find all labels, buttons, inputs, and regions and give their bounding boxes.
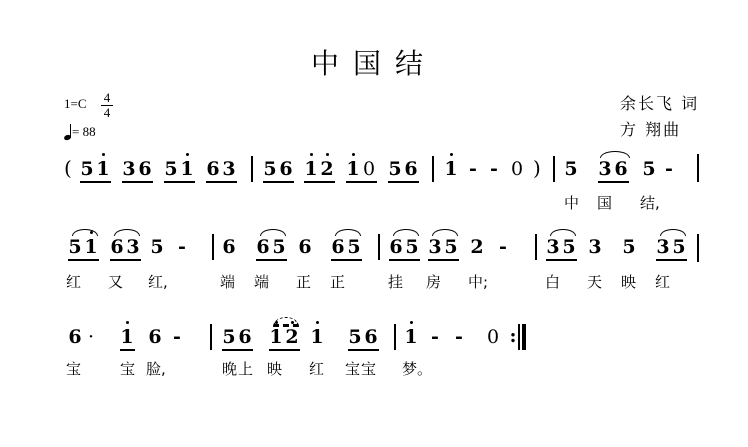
note: 5 <box>347 236 361 258</box>
note: 5 <box>444 236 458 258</box>
slur <box>660 229 686 236</box>
note: 6 <box>238 326 252 348</box>
note: 5 <box>263 158 277 180</box>
note: 5 <box>405 236 419 258</box>
underline <box>304 181 335 183</box>
note: 3 <box>598 158 612 180</box>
note: 6 <box>138 158 152 180</box>
underline <box>331 259 362 261</box>
note: 3 <box>588 236 602 258</box>
tempo-marking: = 88 <box>64 124 96 140</box>
lyricist-credit: 余长飞 词 <box>620 91 699 114</box>
underline <box>428 259 459 261</box>
lyric: 红 <box>66 271 81 292</box>
lyric: 端 <box>254 271 269 292</box>
underline <box>346 181 377 183</box>
slur <box>550 229 576 236</box>
underline <box>348 349 379 351</box>
high-octave-dot <box>126 321 129 324</box>
dash: - <box>466 158 480 180</box>
lyric: 映 <box>621 271 636 292</box>
note: 3 <box>656 236 670 258</box>
dashed-slur <box>273 317 299 327</box>
underline <box>80 181 111 183</box>
underline <box>68 259 99 261</box>
lyric: 宝宝 <box>345 358 377 379</box>
note: 5 <box>150 236 164 258</box>
note: 6 <box>148 326 162 348</box>
note: 3 <box>546 236 560 258</box>
high-octave-dot <box>326 153 329 156</box>
dash: - <box>170 326 184 348</box>
high-octave-dot <box>450 153 453 156</box>
rest: 0 <box>510 158 524 180</box>
rest: 0 <box>362 158 376 180</box>
composer-credit: 方 翔曲 <box>620 117 681 140</box>
barline <box>697 234 699 262</box>
underline <box>256 259 287 261</box>
lyric: 脸, <box>146 358 166 379</box>
lyric: 国 <box>597 192 612 213</box>
underline <box>388 181 419 183</box>
song-title: 中国结 <box>0 42 748 82</box>
dash: - <box>452 326 466 348</box>
note: 2 <box>285 326 299 348</box>
note: 1 <box>404 326 418 348</box>
slur <box>72 229 98 236</box>
note: 6 <box>68 326 82 348</box>
note: 1 <box>84 236 98 258</box>
lyric: 红, <box>148 271 168 292</box>
note: 6 <box>364 326 378 348</box>
left-paren: ( <box>64 156 72 180</box>
note: 5 <box>388 158 402 180</box>
note: 2 <box>470 236 484 258</box>
lyric: 映 <box>267 358 282 379</box>
high-octave-dot <box>186 153 189 156</box>
underline <box>222 349 253 351</box>
right-paren: ) <box>533 156 541 180</box>
dash: - <box>428 326 442 348</box>
underline <box>263 181 294 183</box>
slur <box>335 229 361 236</box>
lyric: 结, <box>640 192 660 213</box>
barline <box>210 324 212 350</box>
high-octave-dot <box>102 153 105 156</box>
barline <box>432 156 434 182</box>
barline <box>378 234 380 260</box>
note: 1 <box>310 326 324 348</box>
note: 3 <box>122 158 136 180</box>
note: 6 <box>331 236 345 258</box>
note: 5 <box>80 158 94 180</box>
slur <box>260 229 286 236</box>
note: 1 <box>269 326 283 348</box>
note: 5 <box>564 158 578 180</box>
underline <box>122 181 153 183</box>
lyric: 正 <box>330 271 345 292</box>
dash: - <box>496 236 510 258</box>
lyric: 房 <box>426 271 441 292</box>
quarter-note-icon <box>64 124 72 140</box>
note: 6 <box>110 236 124 258</box>
note: 5 <box>68 236 82 258</box>
underline <box>206 181 237 183</box>
repeat-thick-barline <box>522 324 526 350</box>
note: 2 <box>320 158 334 180</box>
dash: - <box>487 158 501 180</box>
high-octave-dot <box>316 321 319 324</box>
high-octave-dot <box>410 321 413 324</box>
barline <box>251 156 253 182</box>
dash: - <box>662 158 676 180</box>
note: 1 <box>346 158 360 180</box>
note: 5 <box>348 326 362 348</box>
underline <box>110 259 141 261</box>
lyric: 正 <box>296 271 311 292</box>
note: 5 <box>164 158 178 180</box>
lyric: 红 <box>655 271 670 292</box>
underline <box>598 181 629 183</box>
note: 6 <box>614 158 628 180</box>
lyric: 梦。 <box>402 358 432 379</box>
repeat-thin-barline <box>518 324 520 350</box>
lyric: 宝 <box>66 358 81 379</box>
underline <box>546 259 577 261</box>
underline <box>656 259 687 261</box>
time-denominator: 4 <box>104 105 111 120</box>
lyric: 又 <box>108 271 123 292</box>
lyric: 天 <box>587 271 602 292</box>
note: 5 <box>562 236 576 258</box>
dash: - <box>175 236 189 258</box>
tempo-value: = 88 <box>72 124 96 139</box>
barline <box>212 234 214 260</box>
note: 1 <box>180 158 194 180</box>
slur <box>432 229 458 236</box>
time-signature: 4 4 <box>101 91 113 120</box>
barline <box>697 154 699 182</box>
lyric: 宝 <box>120 358 135 379</box>
barline <box>535 234 537 260</box>
note: 5 <box>272 236 286 258</box>
augmentation-dot: · <box>84 326 98 348</box>
underline <box>164 181 195 183</box>
lyric: 挂 <box>388 271 403 292</box>
note: 1 <box>304 158 318 180</box>
underline <box>269 349 300 351</box>
high-octave-dot <box>310 153 313 156</box>
note: 3 <box>126 236 140 258</box>
note: 5 <box>622 236 636 258</box>
lyric: 白 <box>545 271 560 292</box>
note: 6 <box>279 158 293 180</box>
barline <box>553 156 555 182</box>
note: 3 <box>222 158 236 180</box>
slur <box>393 229 419 236</box>
note: 6 <box>298 236 312 258</box>
lyric: 红 <box>309 358 324 379</box>
note: 6 <box>389 236 403 258</box>
lyric: 晚上 <box>222 358 254 379</box>
note: 5 <box>222 326 236 348</box>
slur <box>600 151 630 158</box>
note: 6 <box>206 158 220 180</box>
note: 1 <box>444 158 458 180</box>
note: 6 <box>222 236 236 258</box>
underline <box>120 349 135 351</box>
note: 6 <box>404 158 418 180</box>
note: 5 <box>672 236 686 258</box>
key-signature: 1=C <box>64 96 87 112</box>
barline <box>394 324 396 350</box>
note: 6 <box>256 236 270 258</box>
note: 3 <box>428 236 442 258</box>
lyric: 端 <box>220 271 235 292</box>
lyric: 中; <box>468 271 488 292</box>
note: 5 <box>642 158 656 180</box>
time-numerator: 4 <box>104 90 111 105</box>
slur <box>114 229 140 236</box>
note: 1 <box>96 158 110 180</box>
rest: 0 <box>486 326 500 348</box>
lyric: 中 <box>564 192 579 213</box>
note: 1 <box>120 326 134 348</box>
high-octave-dot <box>352 153 355 156</box>
underline <box>389 259 420 261</box>
